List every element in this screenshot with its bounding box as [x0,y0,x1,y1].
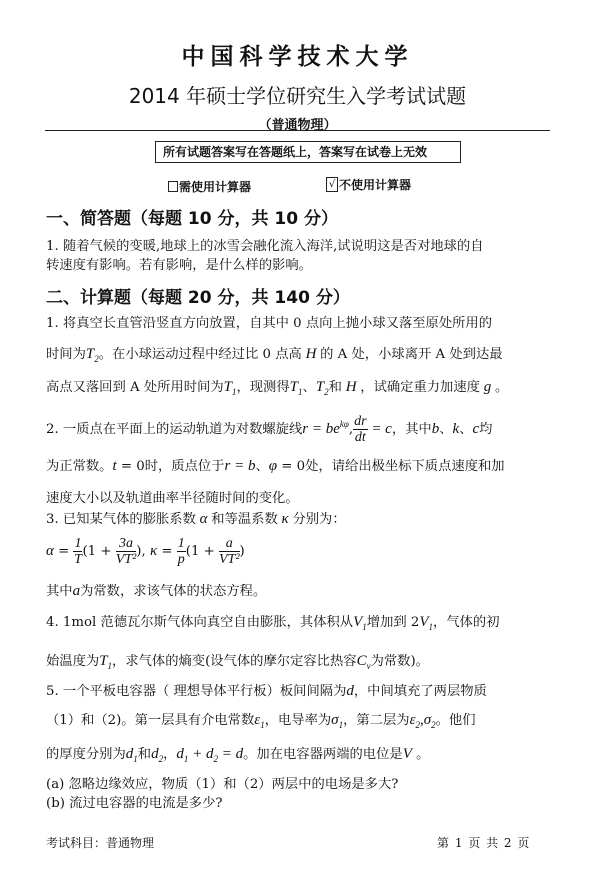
question-subpart: (b) 流过电容器的电流是多少? [46,794,556,814]
footer-subject: 考试科目：普通物理 [46,834,154,851]
section-heading-calculation: 二、计算题（每题 20 分，共 140 分） [46,283,350,308]
checkbox-unchecked-icon [168,181,178,192]
calculator-option-needed: 需使用计算器 [168,178,251,195]
question-line: 其中a为常数，求该气体的状态方程。 [46,581,556,602]
question-line: 4. 1mol 范德瓦尔斯气体向真空自由膨胀，其体积从V1增加到 2V1，气体的… [46,612,556,637]
header-divider [45,130,550,131]
answer-notice: 所有试题答案写在答题纸上，答案写在试卷上无效 [155,141,461,163]
question-line: 2. 一质点在平面上的运动轨道为对数螺旋线r = bekφ,drdt = c，其… [46,414,556,445]
calculator-option-label: 不使用计算器 [339,176,411,193]
equation: α = 1T(1 + 3aVT²), κ = 1p(1 + aVT²) [46,536,556,567]
section-heading-short-answer: 一、简答题（每题 10 分，共 10 分） [46,204,338,229]
question-line: 1. 将真空长直管沿竖直方向放置，自其中 0 点向上抛小球又落至原处所用的 [46,314,556,334]
question-line: 5. 一个平板电容器（ 理想导体平行板）板间间隔为d，中间填充了两层物质 [46,681,556,702]
question-line: 转速度有影响。若有影响，是什么样的影响。 [46,256,556,276]
question-line: 始温度为T1，求气体的熵变(设气体的摩尔定容比热容Cv为常数)。 [46,651,556,676]
question-subpart: (a) 忽略边缘效应，物质（1）和（2）两层中的电场是多大? [46,775,556,795]
question-line: （1）和（2)。第一层具有介电常数ε1，电导率为σ1，第二层为ε2,σ2。他们 [46,710,556,735]
exam-title: 2014 年硕士学位研究生入学考试试题 [0,80,595,109]
question-line: 为正常数。t = 0时，质点位于r = b、φ = 0处，请给出极坐标下质点速度… [46,456,556,477]
question-line: 3. 已知某气体的膨胀系数 α 和等温系数 κ 分别为： [46,509,556,530]
footer-page-number: 第 1 页 共 2 页 [437,834,529,851]
question-line: 1. 随着气候的变暖,地球上的冰雪会融化流入海洋,试说明这是否对地球的自 [46,237,556,257]
calculator-option-not-needed: √ 不使用计算器 [326,176,411,193]
question-line: 速度大小以及轨道曲率半径随时间的变化。 [46,489,556,509]
question-line: 高点又落回到 A 处所用时间为T1，现测得T1、T2和 H ，试确定重力加速度 … [46,377,556,402]
question-line: 时间为T2。在小球运动过程中经过比 0 点高 H 的 A 处，小球离开 A 处到… [46,344,556,369]
checkbox-checked-icon: √ [326,177,338,192]
university-name: 中国科学技术大学 [0,38,595,71]
question-line: 的厚度分别为d1和d2，d1 + d2 = d。加在电容器两端的电位是V 。 [46,744,556,769]
calculator-option-label: 需使用计算器 [179,178,251,195]
